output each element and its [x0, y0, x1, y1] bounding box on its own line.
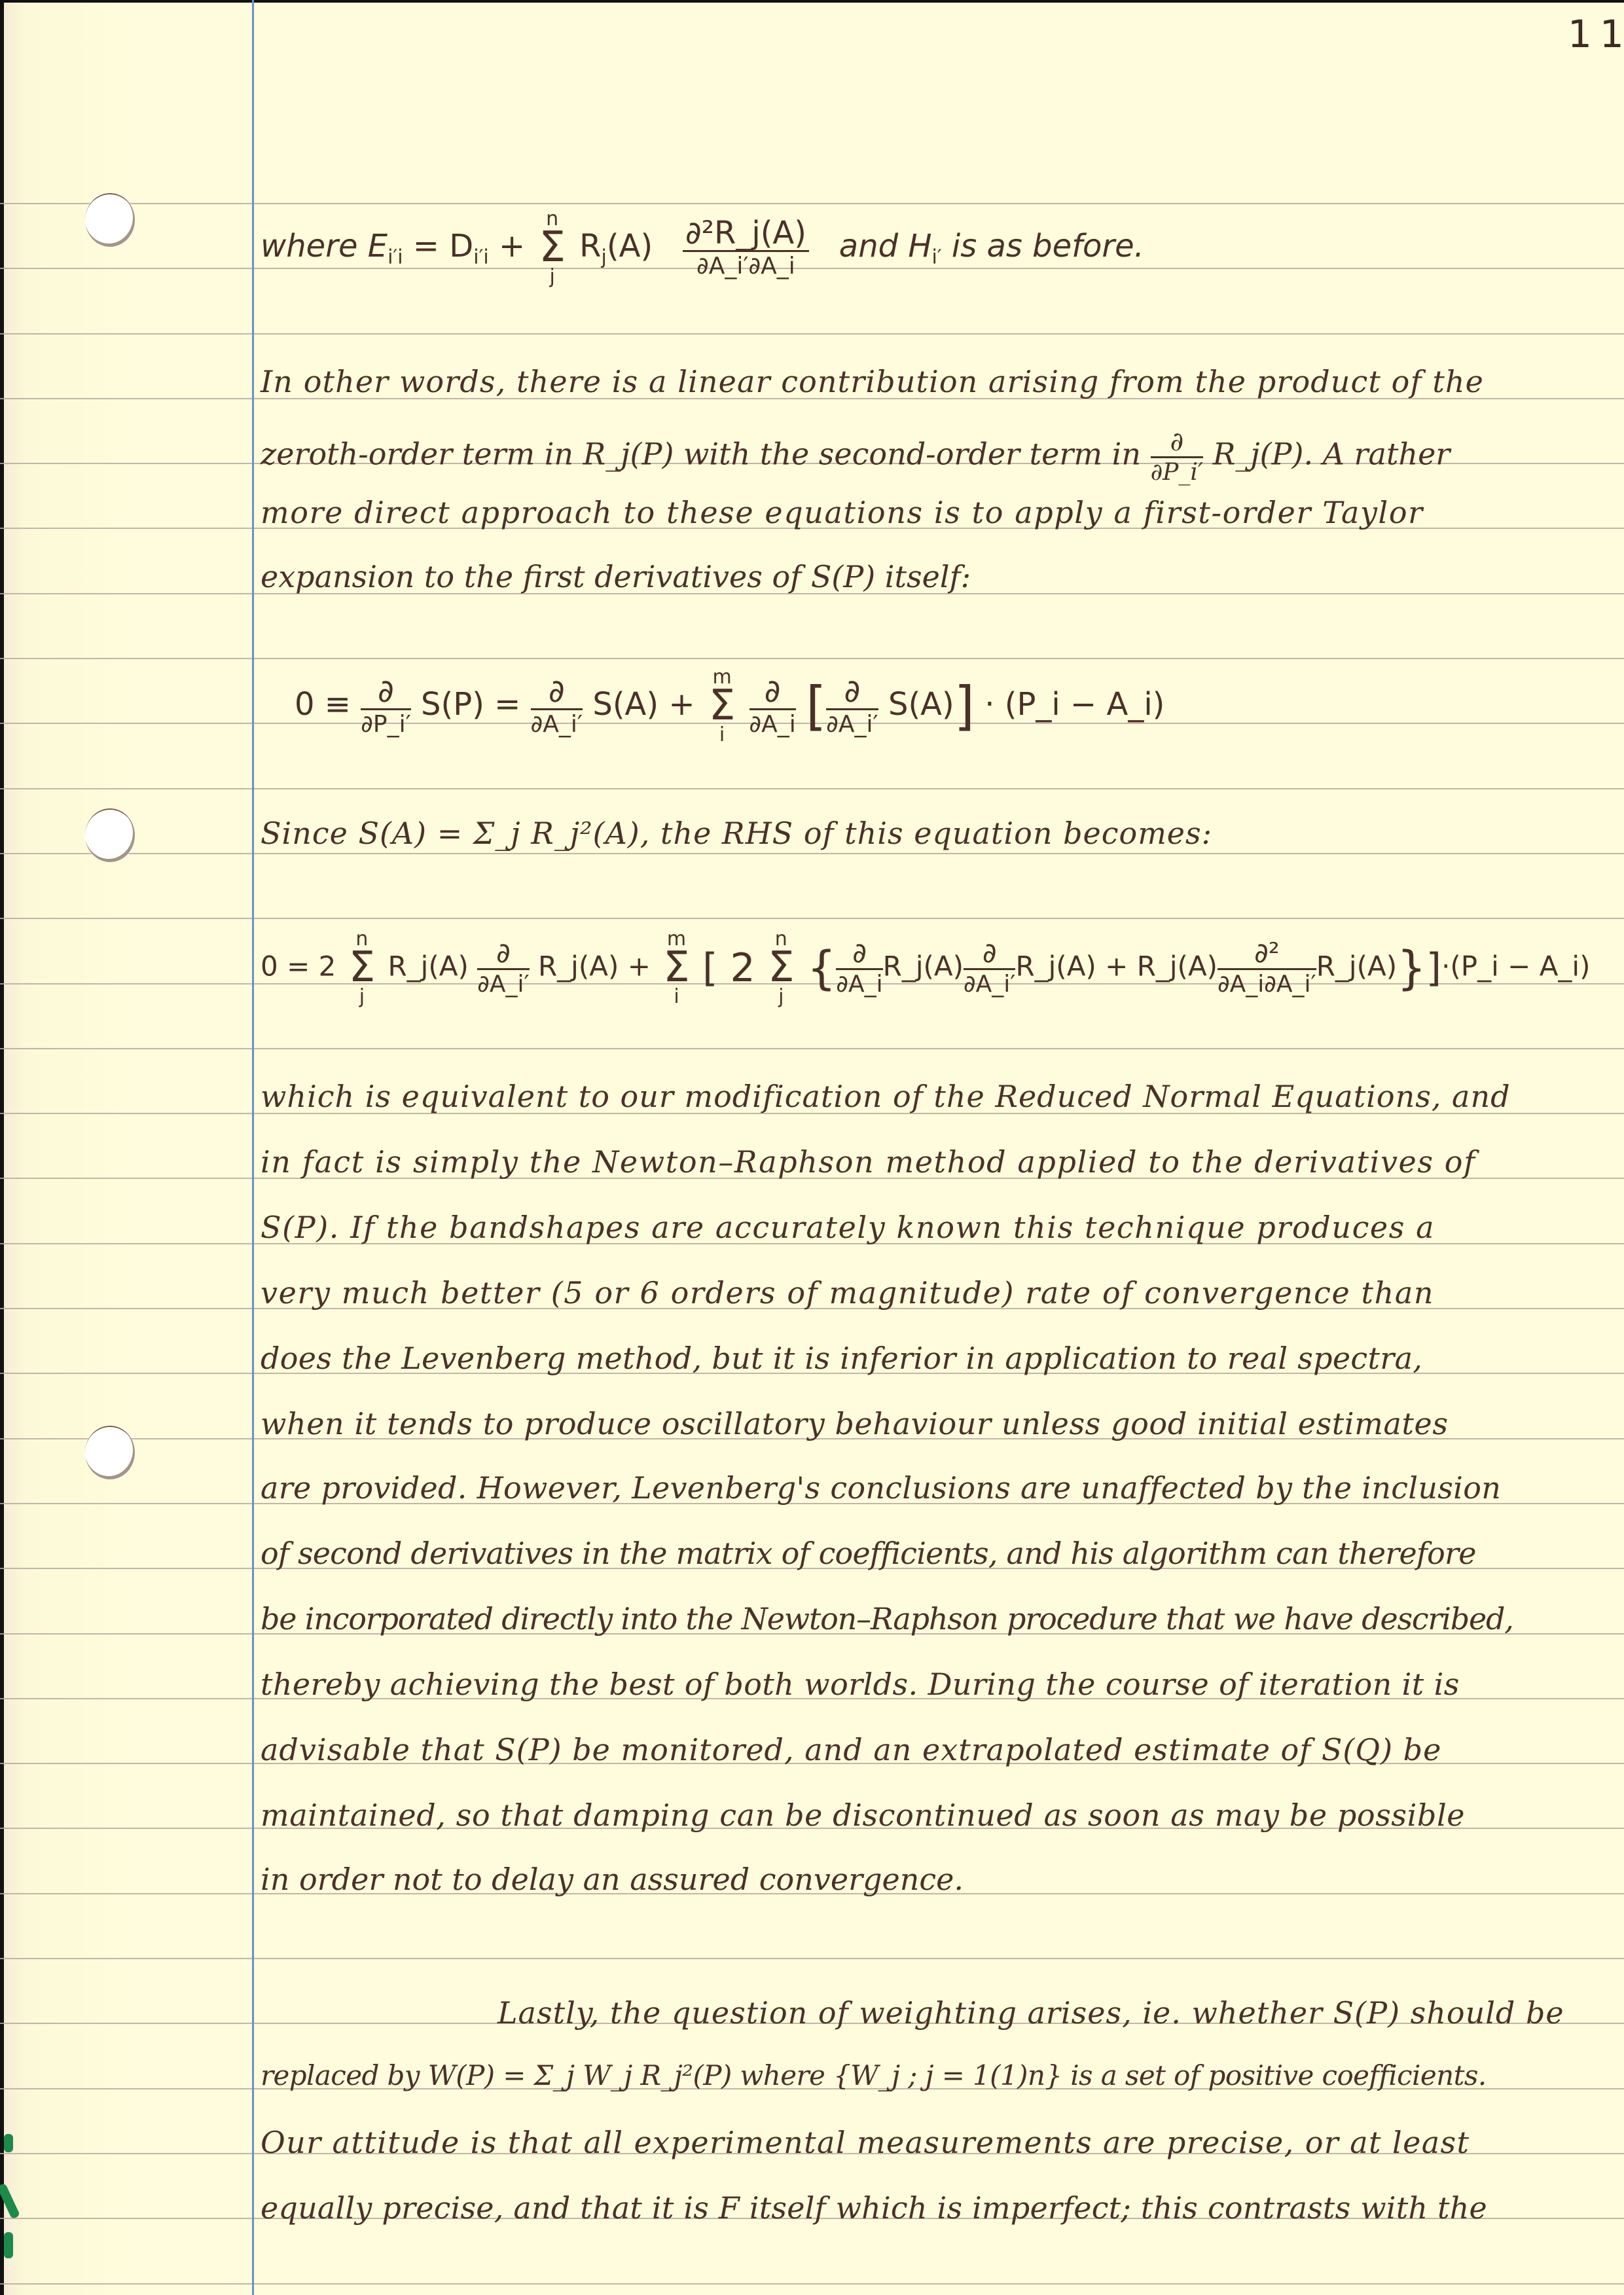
eq-text: +: [489, 228, 535, 264]
text-line: thereby achieving the best of both world…: [261, 1669, 1460, 1699]
text-line: when it tends to produce oscillatory beh…: [261, 1409, 1449, 1439]
text-line: in order not to delay an assured converg…: [261, 1864, 964, 1894]
page-number: 11: [1568, 12, 1624, 56]
ruled-line: [0, 2283, 1624, 2285]
scan-edge-top: [0, 0, 1624, 3]
ruled-line: [0, 788, 1624, 789]
text-line: are provided. However, Levenberg's concl…: [261, 1473, 1501, 1503]
fraction-second-partial: ∂²∂A_i∂A_i′: [1218, 939, 1316, 996]
punch-hole: [85, 1426, 135, 1479]
text-line: maintained, so that damping can be disco…: [261, 1800, 1465, 1830]
eq-text: R: [579, 228, 601, 264]
text-line: In other words, there is a linear contri…: [261, 367, 1484, 397]
eq-text: = D: [403, 228, 474, 264]
fraction-partial: ∂∂P_i′: [1151, 429, 1204, 484]
eq-text: where E: [261, 228, 388, 264]
text-line: does the Levenberg method, but it is inf…: [261, 1343, 1422, 1373]
eq-text: is as before.: [942, 228, 1144, 264]
equation-rhs-expanded: 0 = 2 nΣj R_j(A) ∂∂A_i′ R_j(A) + mΣi [ 2…: [261, 930, 1590, 1007]
text-line: which is equivalent to our modification …: [261, 1081, 1511, 1111]
text-line-paragraph-start: Lastly, the question of weighting arises…: [497, 1998, 1564, 2028]
margin-line: [252, 0, 254, 2295]
text-line: S(P). If the bandshapes are accurately k…: [261, 1212, 1435, 1242]
text-line: more direct approach to these equations …: [261, 497, 1424, 528]
fraction-partial: ∂∂A_i: [749, 676, 796, 736]
ruled-line: [0, 918, 1624, 919]
fraction-partial: ∂∂A_i′: [531, 676, 583, 736]
scan-edge-left: [0, 0, 4, 2295]
eq-text: (A): [607, 228, 653, 264]
punch-hole: [85, 193, 135, 247]
ruled-line: [0, 203, 1624, 204]
text-line: equally precise, and that it is F itself…: [261, 2193, 1487, 2223]
subscript: i′i: [388, 245, 403, 268]
ruled-line: [0, 333, 1624, 334]
fraction-partial: ∂∂A_i′: [477, 939, 529, 996]
fraction-partial: ∂∂A_i′: [964, 939, 1015, 996]
summation-symbol: nΣj: [539, 209, 565, 287]
fraction-partial: ∂∂P_i′: [361, 676, 411, 736]
text-line: advisable that S(P) be monitored, and an…: [261, 1735, 1441, 1765]
summation-symbol: nΣj: [349, 930, 375, 1007]
text-line: be incorporated directly into the Newton…: [261, 1604, 1513, 1634]
fraction-partial: ∂∂A_i′: [826, 676, 878, 736]
text-line-with-derivative: zeroth-order term in R_j(P) with the sec…: [261, 429, 1450, 484]
ruled-line: [0, 658, 1624, 659]
fraction-partial: ∂∂A_i: [836, 939, 882, 996]
summation-symbol: mΣi: [663, 930, 689, 1007]
green-ink-mark: [4, 2134, 13, 2152]
text-line: of second derivatives in the matrix of c…: [261, 1538, 1476, 1568]
text-line: replaced by W(P) = Σ_j W_j R_j²(P) where…: [261, 2062, 1487, 2089]
ruled-line: [0, 1958, 1624, 1959]
fraction-second-derivative: ∂²R_j(A)∂A_i′∂A_i: [683, 217, 809, 278]
ruled-line: [0, 1048, 1624, 1049]
summation-symbol: mΣi: [709, 668, 735, 745]
text-line: in fact is simply the Newton–Raphson met…: [261, 1147, 1476, 1177]
equation-definition-E: where Ei′i = Di′i + nΣj Rj(A) ∂²R_j(A)∂A…: [261, 209, 1144, 287]
green-ink-mark: [4, 2232, 13, 2258]
text-line: expansion to the first derivatives of S(…: [261, 562, 971, 592]
subscript: i′i: [473, 245, 488, 268]
text-line: very much better (5 or 6 orders of magni…: [261, 1278, 1434, 1308]
summation-symbol: nΣj: [768, 930, 794, 1007]
text-line: Since S(A) = Σ_j R_j²(A), the RHS of thi…: [261, 818, 1212, 848]
text-line: Our attitude is that all experimental me…: [261, 2127, 1470, 2158]
equation-taylor-expansion: 0 ≡ ∂∂P_i′ S(P) = ∂∂A_i′ S(A) + mΣi ∂∂A_…: [295, 668, 1164, 745]
punch-hole: [85, 808, 135, 862]
ruled-line: [0, 853, 1624, 854]
eq-text: and H: [839, 228, 932, 264]
